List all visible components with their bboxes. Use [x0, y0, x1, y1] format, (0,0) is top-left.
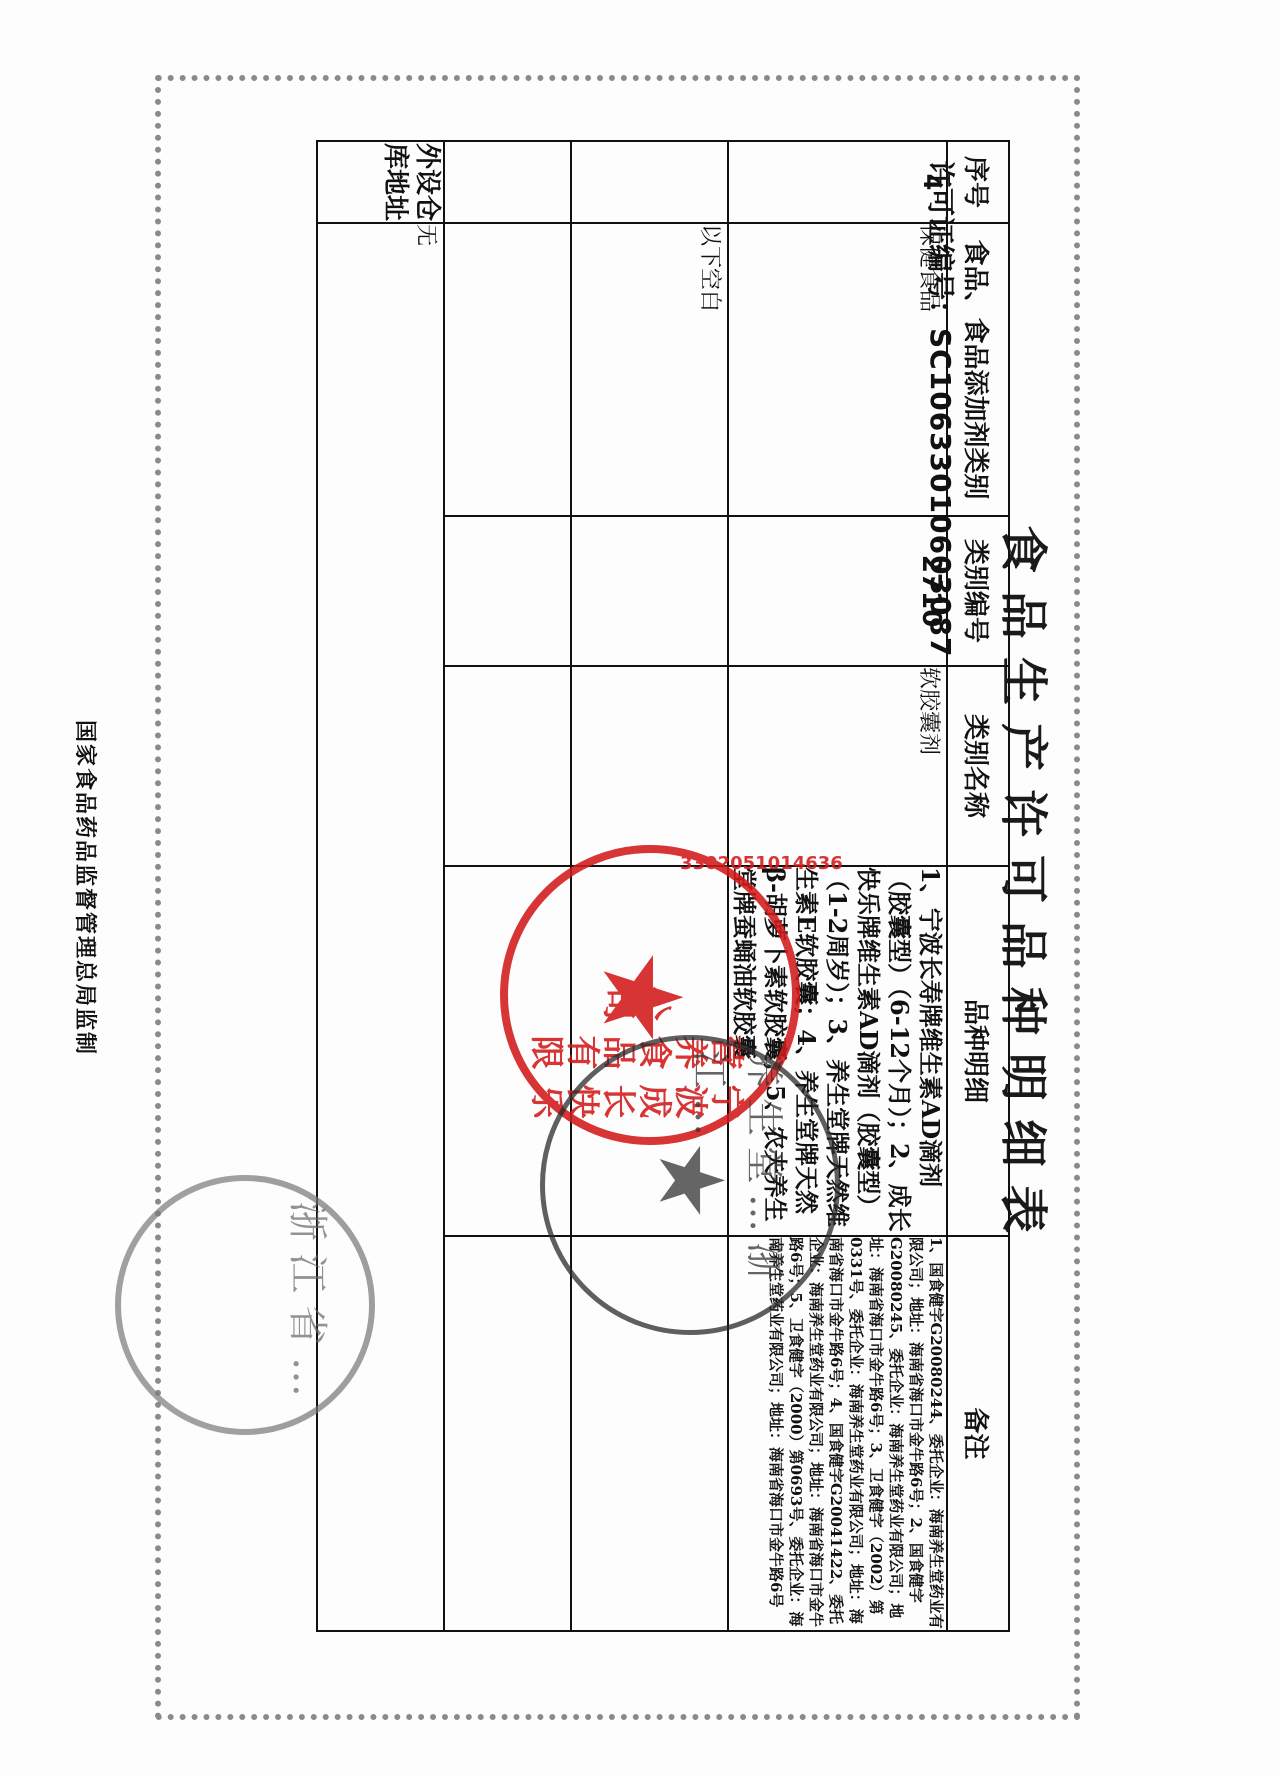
- header-detail: 品种明细: [947, 866, 1009, 1236]
- cell-code: [444, 516, 571, 666]
- header-code: 类别编号: [947, 516, 1009, 666]
- cell-category: [444, 223, 571, 516]
- cell-seq: [444, 141, 571, 223]
- table-header-row: 序号 食品、食品添加剂类别 类别编号 类别名称 品种明细 备注: [947, 141, 1009, 1631]
- cell-name: [444, 666, 571, 866]
- header-category: 食品、食品添加剂类别: [947, 223, 1009, 516]
- footer-issuer: 国家食品药品监督管理总局监制: [71, 0, 102, 1776]
- header-remark: 备注: [947, 1236, 1009, 1631]
- warehouse-value: 无: [317, 223, 444, 1631]
- cell-seq: [571, 141, 728, 223]
- header-seq: 序号: [947, 141, 1009, 223]
- header-name: 类别名称: [947, 666, 1009, 866]
- seal-star-icon: ★: [645, 1140, 735, 1221]
- cell-code: 2710: [728, 516, 947, 666]
- table-row: 4 保健食品 2710 软胶囊剂 1、宁波长寿牌维生素AD滴剂（胶囊型）（6-1…: [728, 141, 947, 1631]
- cell-seq: 4: [728, 141, 947, 223]
- cell-category: 以下空白: [571, 223, 728, 516]
- gray-authority-seal: 浙江省…: [115, 1175, 375, 1435]
- cell-name: 软胶囊剂: [728, 666, 947, 866]
- seal-text: 浙江省…: [282, 1201, 339, 1409]
- black-company-seal: 养生堂…浙江… ★: [540, 1035, 840, 1335]
- cell-category: 保健食品: [728, 223, 947, 516]
- cell-remark: [444, 1236, 571, 1631]
- cell-name: [571, 666, 728, 866]
- cell-code: [571, 516, 728, 666]
- permit-detail-page: 食品生产许可品种明细表 许可证编号：SC10633010603087 序号 食品…: [0, 0, 1280, 1776]
- warehouse-label: 外设仓库地址: [317, 141, 444, 223]
- seal-code: 3302051014636: [680, 853, 843, 874]
